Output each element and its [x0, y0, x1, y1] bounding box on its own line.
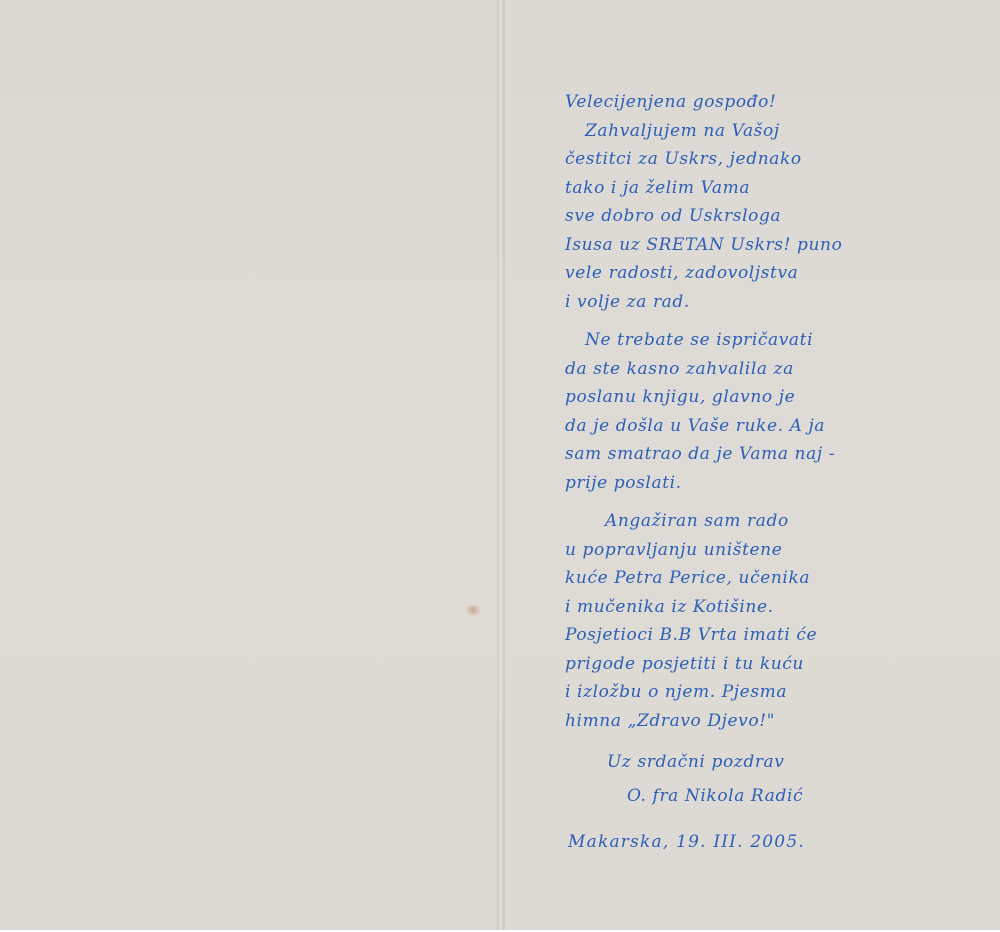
letter-line: Zahvaljujem na Vašoj: [565, 117, 965, 146]
handwritten-letter-body: Velecijenjena gospođo! Zahvaljujem na Va…: [565, 88, 965, 813]
closing-greeting: Uz srdačni pozdrav: [565, 745, 965, 779]
letter-line: Posjetioci B.B Vrta imati će: [565, 621, 965, 650]
salutation: Velecijenjena gospođo!: [565, 88, 965, 117]
letter-line: da je došla u Vaše ruke. A ja: [565, 412, 965, 441]
paragraph-gap: [565, 497, 965, 507]
letter-line: da ste kasno zahvalila za: [565, 355, 965, 384]
signature: O. fra Nikola Radić: [565, 779, 965, 813]
letter-line: Isusa uz SRETAN Uskrs! puno: [565, 231, 965, 260]
letter-line: i volje za rad.: [565, 288, 965, 317]
paragraph-gap: [565, 735, 965, 745]
letter-line: i izložbu o njem. Pjesma: [565, 678, 965, 707]
letter-line: kuće Petra Perice, učenika: [565, 564, 965, 593]
letter-line: i mučenika iz Kotišine.: [565, 593, 965, 622]
folded-card: Velecijenjena gospođo! Zahvaljujem na Va…: [0, 0, 1000, 930]
right-page-letter: Velecijenjena gospođo! Zahvaljujem na Va…: [504, 0, 1000, 930]
letter-line: tako i ja želim Vama: [565, 174, 965, 203]
letter-line: poslanu knjigu, glavno je: [565, 383, 965, 412]
paper-stain-mark: [466, 605, 480, 615]
letter-line: sam smatrao da je Vama naj -: [565, 440, 965, 469]
letter-line: prigode posjetiti i tu kuću: [565, 650, 965, 679]
letter-line: čestitci za Uskrs, jednako: [565, 145, 965, 174]
letter-line: vele radosti, zadovoljstva: [565, 259, 965, 288]
left-page-blank: [0, 0, 498, 930]
letter-line: sve dobro od Uskrsloga: [565, 202, 965, 231]
place-and-date: Makarska, 19. III. 2005.: [568, 832, 805, 852]
letter-line: Ne trebate se ispričavati: [565, 326, 965, 355]
letter-line: himna „Zdravo Djevo!": [565, 707, 965, 736]
letter-line: u popravljanju uništene: [565, 536, 965, 565]
paragraph-gap: [565, 316, 965, 326]
letter-line: prije poslati.: [565, 469, 965, 498]
letter-line: Angažiran sam rado: [565, 507, 965, 536]
